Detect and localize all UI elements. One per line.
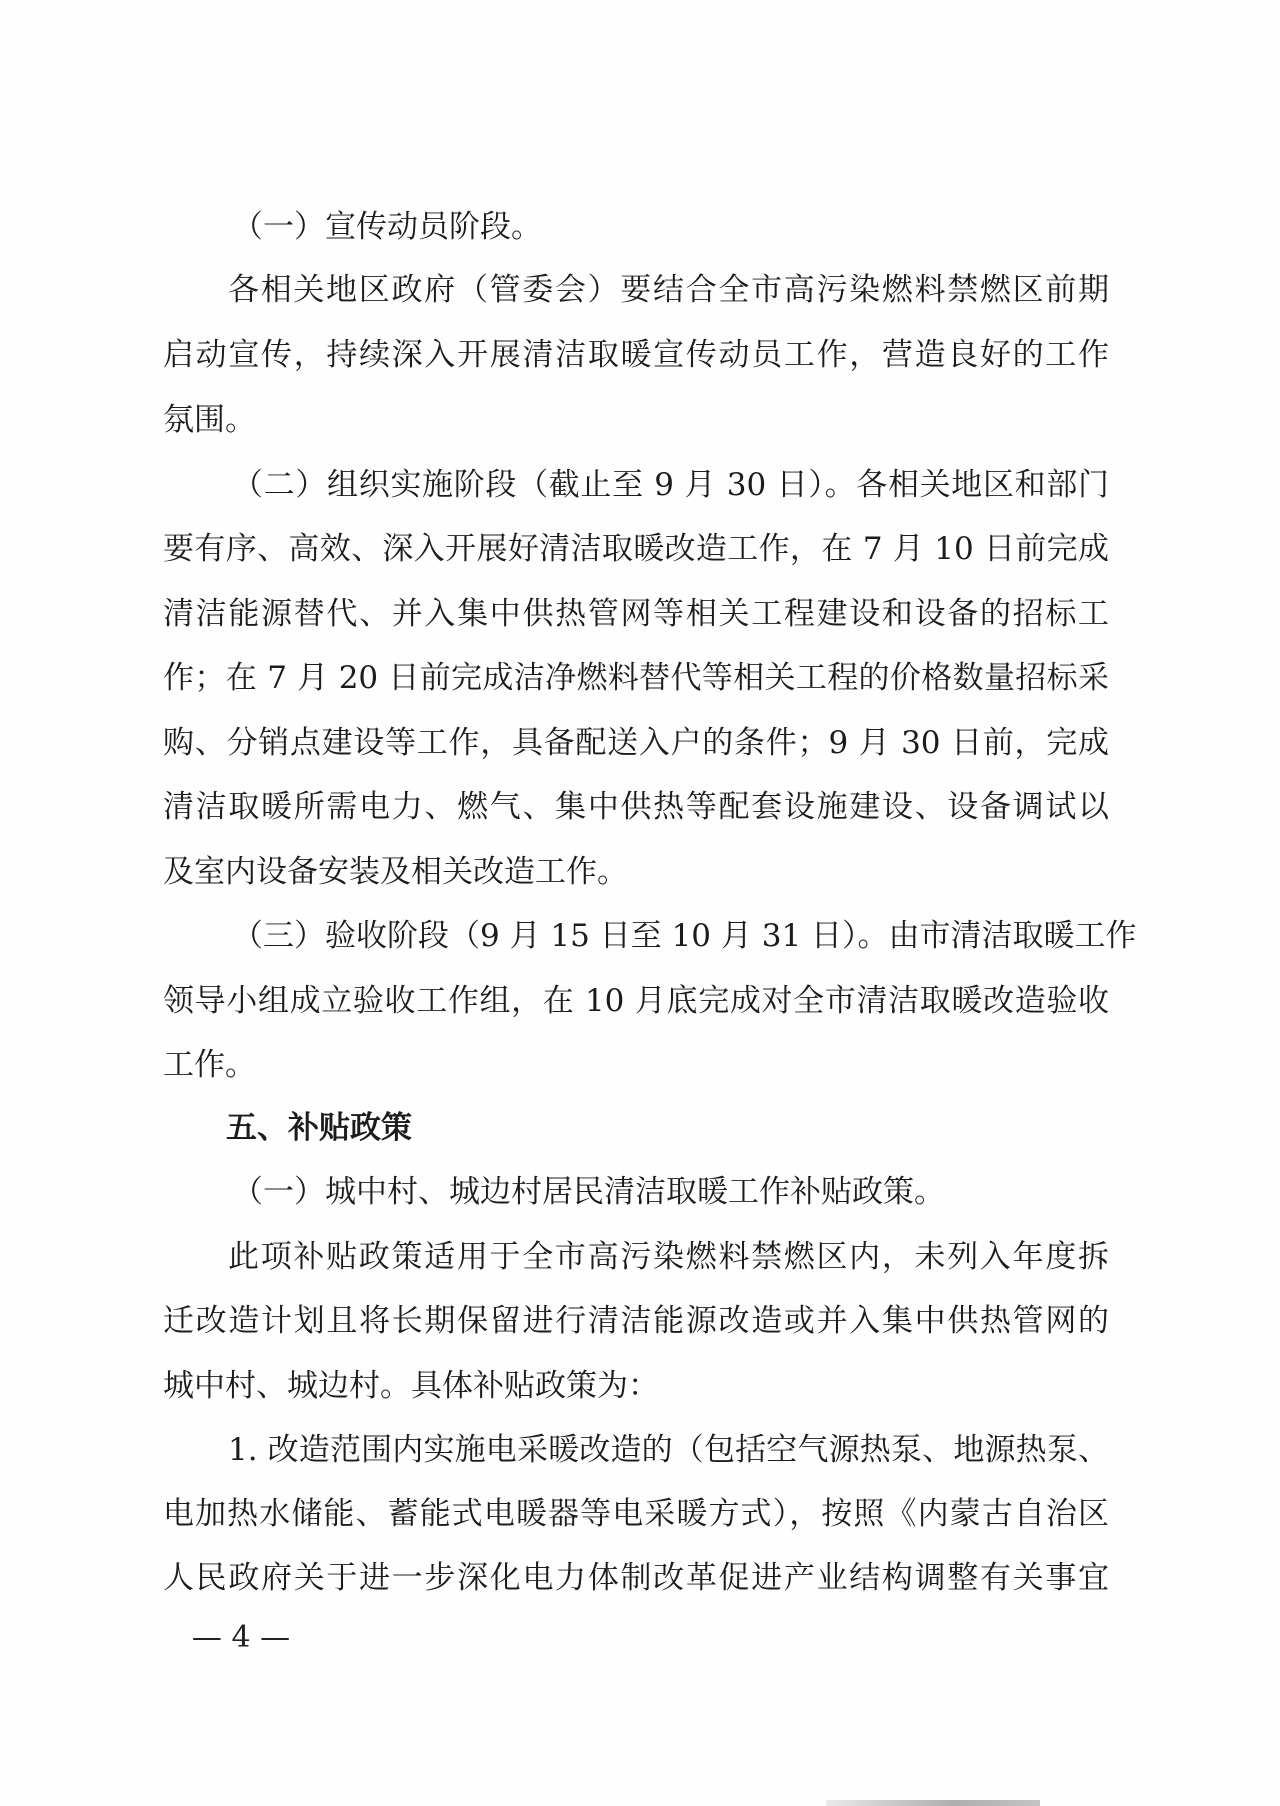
section-5-heading: 五、补贴政策 [226, 1106, 626, 1150]
paragraph-line: 购、分销点建设等工作，具备配送入户的条件；9 月 30 日前，完成 [163, 721, 1109, 765]
scan-edge-artifact [826, 1800, 1040, 1806]
section-5-subheading: （一）城中村、城边村居民清洁取暖工作补贴政策。 [232, 1170, 1109, 1214]
phase-3-heading-line: （三）验收阶段（9 月 15 日至 10 月 31 日）。由市清洁取暖工作 [232, 914, 1109, 958]
paragraph-line: 城中村、城边村。具体补贴政策为： [163, 1364, 1109, 1408]
paragraph-line: 要有序、高效、深入开展好清洁取暖改造工作，在 7 月 10 日前完成 [163, 527, 1109, 571]
paragraph-line: 氛围。 [163, 398, 1109, 442]
paragraph-line: 启动宣传，持续深入开展清洁取暖宣传动员工作，营造良好的工作 [163, 333, 1109, 377]
paragraph-line: 工作。 [163, 1043, 1109, 1087]
list-item-1-line: 1. 改造范围内实施电采暖改造的（包括空气源热泵、地源热泵、 [228, 1428, 1109, 1472]
document-page: （一）宣传动员阶段。 各相关地区政府（管委会）要结合全市高污染燃料禁燃区前期 启… [0, 0, 1280, 1806]
paragraph-line: 此项补贴政策适用于全市高污染燃料禁燃区内，未列入年度拆 [228, 1235, 1109, 1279]
phase-1-heading: （一）宣传动员阶段。 [232, 205, 1109, 249]
paragraph-line: 及室内设备安装及相关改造工作。 [163, 850, 1109, 894]
paragraph-line: 领导小组成立验收工作组，在 10 月底完成对全市清洁取暖改造验收 [163, 979, 1109, 1023]
paragraph-line: 清洁能源替代、并入集中供热管网等相关工程建设和设备的招标工 [163, 592, 1109, 636]
paragraph-line: 清洁取暖所需电力、燃气、集中供热等配套设施建设、设备调试以 [163, 785, 1109, 829]
paragraph-line: 各相关地区政府（管委会）要结合全市高污染燃料禁燃区前期 [228, 268, 1109, 312]
page-number: — 4 — [186, 1620, 296, 1656]
phase-2-heading-line: （二）组织实施阶段（截止至 9 月 30 日）。各相关地区和部门 [232, 463, 1109, 507]
paragraph-line: 作；在 7 月 20 日前完成洁净燃料替代等相关工程的价格数量招标采 [163, 656, 1109, 700]
list-item-1-line: 电加热水储能、蓄能式电暖器等电采暖方式），按照《内蒙古自治区 [163, 1492, 1109, 1536]
list-item-1-line: 人民政府关于进一步深化电力体制改革促进产业结构调整有关事宜 [163, 1556, 1109, 1600]
paragraph-line: 迁改造计划且将长期保留进行清洁能源改造或并入集中供热管网的 [163, 1299, 1109, 1343]
